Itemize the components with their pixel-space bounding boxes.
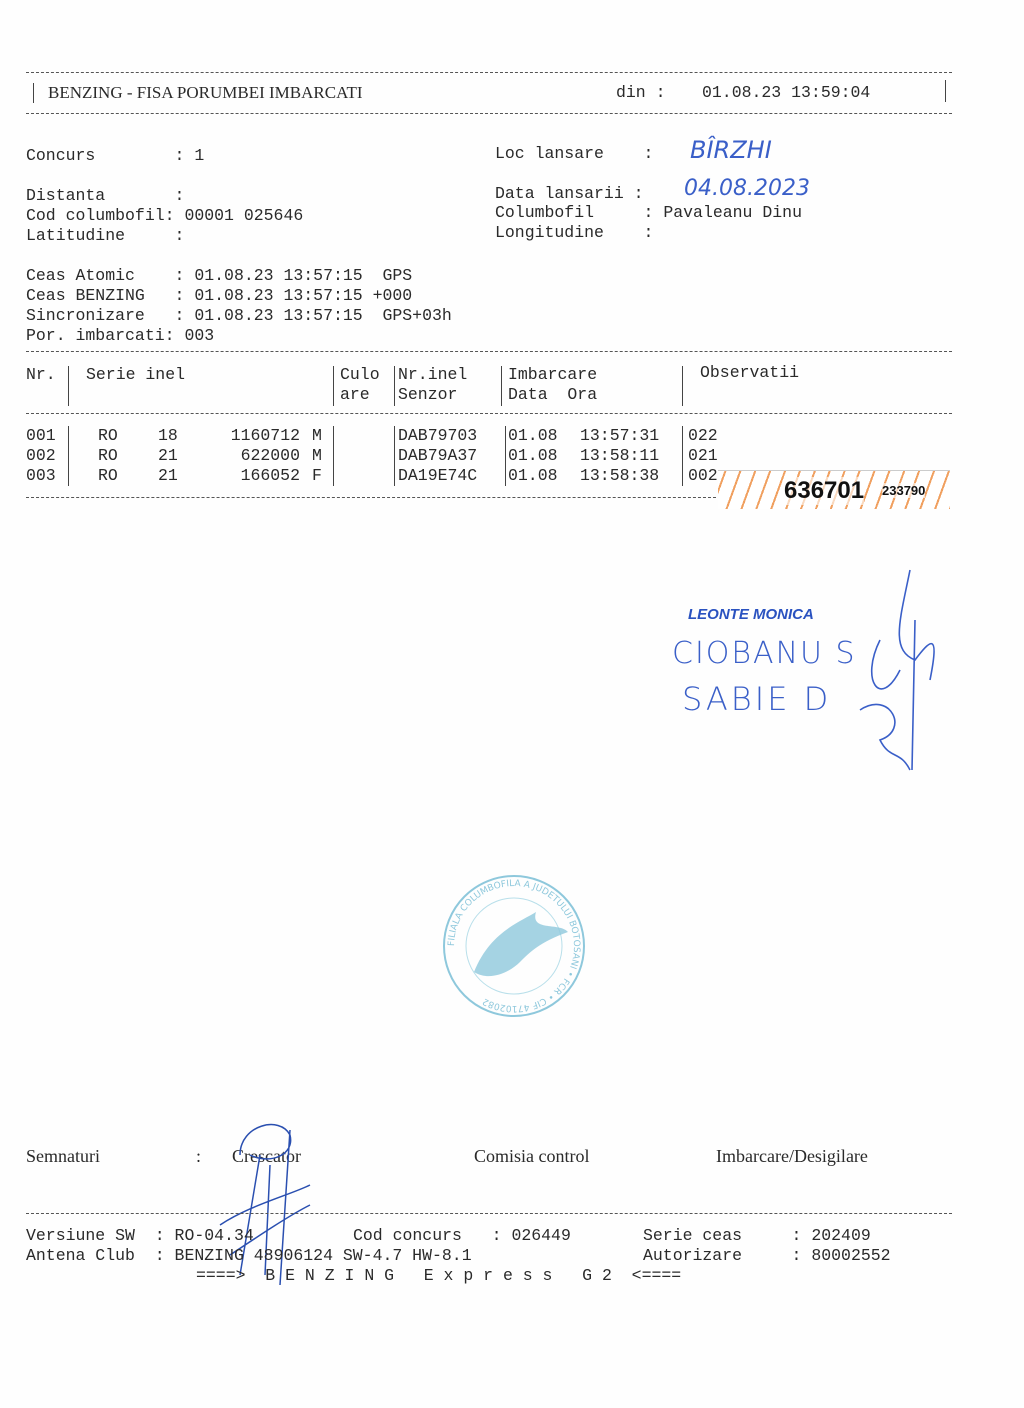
document-title: BENZING - FISA PORUMBEI IMBARCATI [48, 83, 363, 103]
data-lansarii-label: Data lansarii : [495, 184, 644, 204]
cell-sex: F [312, 466, 322, 486]
cod-concurs: Cod concurs : 026449 [353, 1226, 571, 1246]
col-separator [68, 426, 69, 486]
cell-ring: 166052 [241, 466, 300, 486]
versiune-sw: Versiune SW : RO-04.34 [26, 1226, 254, 1246]
col-header-nrinel-2: Senzor [398, 385, 457, 405]
imbarcare-desigilare-label: Imbarcare/Desigilare [716, 1146, 868, 1166]
cell-date: 01.08 [508, 446, 558, 466]
print-date: 01.08.23 13:59:04 [702, 83, 870, 103]
cell-sex: M [312, 446, 322, 466]
seal-serial: 233790 [882, 483, 925, 498]
serie-ceas: Serie ceas : 202409 [643, 1226, 871, 1246]
divider [26, 72, 952, 73]
seal-number: 636701 [784, 477, 864, 505]
porumbei-imbarcati: Por. imbarcati: 003 [26, 326, 214, 346]
cell-year: 18 [158, 426, 178, 446]
col-header-imbarcare-1: Imbarcare [508, 365, 597, 385]
cell-time: 13:58:11 [580, 446, 659, 466]
col-separator [68, 366, 69, 406]
cell-nr: 003 [26, 466, 56, 486]
date-label: din : [616, 83, 666, 103]
border-right [945, 80, 946, 102]
cell-sensor: DA19E74C [398, 466, 477, 486]
cod-columbofil: Cod columbofil: 00001 025646 [26, 206, 303, 226]
col-separator [394, 366, 395, 406]
cell-obs: 021 [688, 446, 718, 466]
ceas-benzing: Ceas BENZING : 01.08.23 13:57:15 +000 [26, 286, 412, 306]
loc-lansare-label: Loc lansare : [495, 144, 663, 164]
col-separator [333, 366, 334, 406]
cell-ring: 622000 [241, 446, 300, 466]
col-header-observatii: Observatii [700, 363, 799, 383]
cell-country: RO [98, 446, 118, 466]
cell-time: 13:57:31 [580, 426, 659, 446]
col-separator [682, 366, 683, 406]
cell-country: RO [98, 466, 118, 486]
cell-sensor: DAB79703 [398, 426, 477, 446]
cell-sex: M [312, 426, 322, 446]
cell-time: 13:58:38 [580, 466, 659, 486]
divider [26, 113, 952, 114]
columbofil: Columbofil : Pavaleanu Dinu [495, 203, 802, 223]
col-separator [682, 426, 683, 486]
col-separator [333, 426, 334, 486]
longitudine: Longitudine : [495, 223, 663, 243]
concurs-label: Concurs : 1 [26, 146, 204, 166]
col-header-culoare-2: are [340, 385, 370, 405]
col-header-imbarcare-2: Data Ora [508, 385, 597, 405]
col-separator [394, 426, 395, 486]
col-header-nr: Nr. [26, 365, 56, 385]
cell-ring: 1160712 [231, 426, 300, 446]
antena-club: Antena Club : BENZING 48906124 SW-4.7 HW… [26, 1246, 472, 1266]
col-separator [501, 366, 502, 406]
data-lansarii-handwritten: 04.08.2023 [684, 176, 810, 201]
name-stamp: LEONTE MONICA [688, 606, 814, 623]
handwritten-name-2: SABIE D [682, 680, 831, 718]
cell-obs: 022 [688, 426, 718, 446]
col-header-culoare-1: Culo [340, 365, 380, 385]
latitudine: Latitudine : [26, 226, 194, 246]
comisia-label: Comisia control [474, 1146, 590, 1166]
cell-date: 01.08 [508, 466, 558, 486]
col-header-nrinel-1: Nr.inel [398, 365, 467, 385]
cell-sensor: DAB79A37 [398, 446, 477, 466]
divider [26, 497, 716, 498]
semnaturi-label: Semnaturi [26, 1146, 100, 1166]
cell-year: 21 [158, 466, 178, 486]
round-seal-icon: FILIALA COLUMBOFILA A JUDETULUI BOTOSANI… [440, 872, 588, 1020]
cell-nr: 001 [26, 426, 56, 446]
ceas-atomic: Ceas Atomic : 01.08.23 13:57:15 GPS [26, 266, 412, 286]
loc-lansare-handwritten: BÎRZHI [690, 136, 772, 164]
col-separator [505, 426, 506, 486]
sincronizare: Sincronizare : 01.08.23 13:57:15 GPS+03h [26, 306, 452, 326]
border-left [33, 83, 34, 103]
divider [26, 413, 952, 414]
seal-ticket: 636701 233790 [718, 470, 950, 509]
cell-date: 01.08 [508, 426, 558, 446]
cell-nr: 002 [26, 446, 56, 466]
autorizare: Autorizare : 80002552 [643, 1246, 891, 1266]
divider [26, 351, 952, 352]
cell-country: RO [98, 426, 118, 446]
benzing-banner: ====> B E N Z I N G E x p r e s s G 2 <=… [196, 1266, 681, 1286]
distanta-label: Distanta : [26, 186, 194, 206]
cell-year: 21 [158, 446, 178, 466]
cell-obs: 002 [688, 466, 718, 486]
col-header-serie: Serie inel [86, 365, 185, 385]
divider [26, 1213, 952, 1214]
signature-scribble-icon [820, 560, 960, 780]
